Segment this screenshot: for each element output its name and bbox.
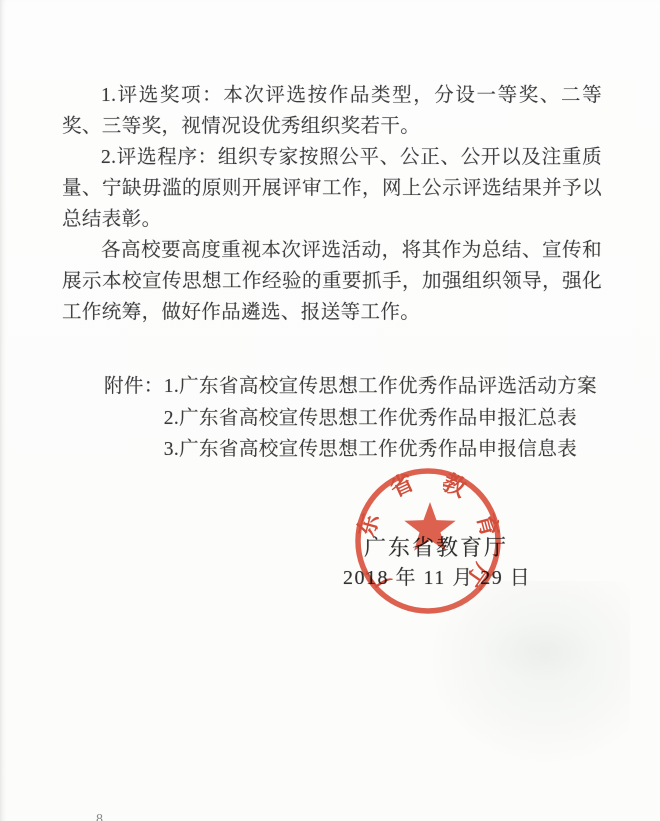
paragraph-universities-requirement: 各高校要高度重视本次评选活动，将其作为总结、宣传和展示本校宣传思想工作经验的重要…: [62, 235, 602, 328]
attachments-block: 附件： 1.广东省高校宣传思想工作优秀作品评选活动方案 2.广东省高校宣传思想工…: [104, 371, 597, 466]
paragraph-selection-procedure: 2.评选程序：组织专家按照公平、公正、公开以及注重质量、宁缺毋滥的原则开展评审工…: [62, 142, 602, 235]
seal-star: [404, 502, 455, 551]
seal-arc-char: 东: [354, 511, 384, 540]
attachment-item: 1.广东省高校宣传思想工作优秀作品评选活动方案: [164, 371, 597, 403]
document-body: 1.评选奖项：本次评选按作品类型，分设一等奖、二等奖、三等奖，视情况设优秀组织奖…: [62, 80, 602, 328]
seal-arc-char: 厅: [461, 559, 495, 592]
official-seal: 广 东 省 教 育 厅: [342, 455, 514, 627]
attachments-list: 1.广东省高校宣传思想工作优秀作品评选活动方案 2.广东省高校宣传思想工作优秀作…: [164, 371, 597, 466]
paragraph-award-categories: 1.评选奖项：本次评选按作品类型，分设一等奖、二等奖、三等奖，视情况设优秀组织奖…: [62, 80, 602, 142]
attachment-item: 2.广东省高校宣传思想工作优秀作品申报汇总表: [164, 403, 597, 435]
attachments-label: 附件：: [104, 371, 164, 403]
page-number-partial: 8: [96, 812, 104, 821]
seal-arc-char: 广: [361, 559, 395, 593]
scanned-document-page: 1.评选奖项：本次评选按作品类型，分设一等奖、二等奖、三等奖，视情况设优秀组织奖…: [0, 0, 660, 821]
